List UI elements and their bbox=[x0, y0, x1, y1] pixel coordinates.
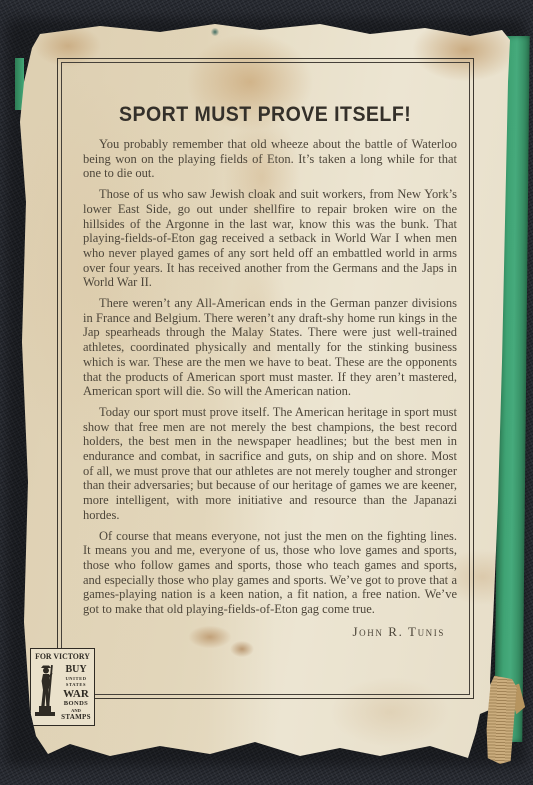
stamp-buy-label: BUY bbox=[65, 665, 86, 675]
jacket-body-text: You probably remember that old wheeze ab… bbox=[83, 137, 457, 640]
stamp-stamps-label: STAMPS bbox=[61, 714, 91, 721]
photo-of-book-back-jacket: SPORT MUST PROVE ITSELF! You probably re… bbox=[0, 0, 533, 785]
minuteman-statue-icon bbox=[32, 662, 59, 718]
stamp-war-label: WAR bbox=[63, 689, 89, 700]
inner-border-frame: SPORT MUST PROVE ITSELF! You probably re… bbox=[61, 62, 470, 695]
war-bonds-stamp: FOR VICTORY BUY UNITED bbox=[30, 648, 95, 726]
stamp-states-label: STATES bbox=[66, 683, 86, 688]
paragraph-4: Today our sport must prove itself. The A… bbox=[83, 405, 457, 523]
outer-border-frame: SPORT MUST PROVE ITSELF! You probably re… bbox=[57, 58, 474, 699]
stamp-text-column: BUY UNITED STATES WAR BONDS AND STAMPS bbox=[59, 662, 93, 721]
stamp-body: BUY UNITED STATES WAR BONDS AND STAMPS bbox=[32, 662, 93, 721]
paragraph-2: Those of us who saw Jewish cloak and sui… bbox=[83, 187, 457, 290]
stamp-united-label: UNITED bbox=[65, 677, 86, 682]
jacket-title-text: SPORT MUST PROVE ITSELF! bbox=[119, 103, 411, 127]
stamp-bonds-label: BONDS bbox=[64, 701, 88, 708]
dust-jacket-back-panel: SPORT MUST PROVE ITSELF! You probably re… bbox=[10, 22, 522, 762]
author-signature: John R. Tunis bbox=[83, 625, 457, 640]
jacket-title: SPORT MUST PROVE ITSELF! bbox=[62, 103, 469, 127]
paragraph-3: There weren’t any All-American ends in t… bbox=[83, 296, 457, 399]
paragraph-1: You probably remember that old wheeze ab… bbox=[83, 137, 457, 181]
paragraph-5: Of course that means everyone, not just … bbox=[83, 529, 457, 617]
stamp-header-text: FOR VICTORY bbox=[34, 651, 90, 661]
